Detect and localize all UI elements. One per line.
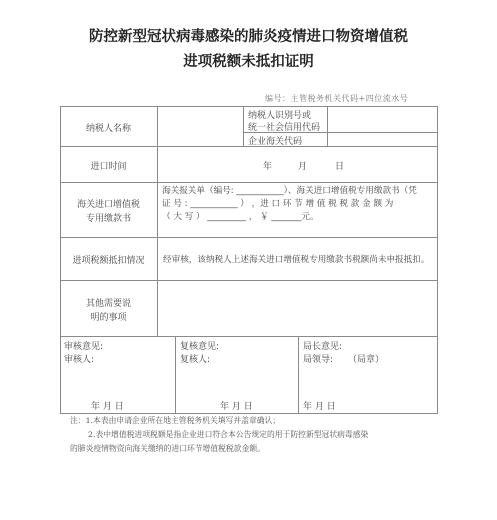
- import-time-label: 进口时间: [60, 159, 157, 172]
- reviewer-opinion-label: 审核意见:: [64, 339, 103, 352]
- reviewer-person-label: 审核人:: [64, 352, 94, 365]
- payment-detail-line1: 海关报关单（编号: ___________）、海关进口增值税专用缴款书（凭: [162, 184, 417, 196]
- row-divider-4: [60, 280, 438, 281]
- taxpayer-name-field[interactable]: [160, 121, 240, 133]
- table-top-border: [60, 106, 438, 107]
- note-line-1: 注：1.本表由申请企业所在地主管税务机关填写并盖章确认；: [70, 414, 280, 428]
- payment-detail-line2: 证 号 : ___________ ） ，进 口 环 节 增 值 税 税 款 金…: [162, 197, 393, 209]
- payment-detail-line3: （ 大 写 ） _________ ， ￥ _______元。: [162, 210, 319, 222]
- note-line-3: 的肺炎疫情物资向海关缴纳的进口环节增值税税款金额。: [70, 442, 265, 456]
- payment-label-line1: 海关进口增值税: [60, 197, 157, 210]
- reviewer-date: 年 月 日: [91, 399, 124, 412]
- other-notes-field[interactable]: [160, 284, 434, 332]
- row-divider-5: [60, 336, 438, 337]
- rechecker-date: 年 月 日: [220, 399, 253, 412]
- payment-label-line2: 专用缴款书: [60, 211, 157, 224]
- label-column-divider: [157, 106, 158, 336]
- deduction-status-value: 经审核，该纳税人上述海关进口增值税专用缴款书税额尚未申报抵扣。: [163, 253, 429, 265]
- other-notes-label-line1: 其他需要说: [60, 296, 157, 309]
- document-title-line1: 防控新型冠状病毒感染的肺炎疫情进口物资增值税: [0, 25, 497, 46]
- taxpayer-id-label-line2: 统一社会信用代码: [248, 120, 320, 133]
- taxpayer-id-field[interactable]: [330, 112, 434, 126]
- rechecker-person-label: 复核人:: [180, 352, 210, 365]
- rechecker-opinion-label: 复核意见:: [180, 339, 219, 352]
- approval-divider-2: [298, 336, 299, 413]
- director-person-label: 局领导:: [303, 352, 333, 365]
- import-month-unit: 月: [298, 159, 307, 172]
- taxpayer-name-label: 纳税人名称: [60, 121, 157, 134]
- director-date: 年 月 日: [303, 399, 336, 412]
- deduction-status-label: 进项税额抵扣情况: [60, 253, 157, 266]
- row-divider-2: [60, 182, 438, 183]
- table-right-border: [437, 106, 438, 414]
- customs-code-label: 企业海关代码: [248, 134, 302, 147]
- import-year-unit: 年: [263, 159, 272, 172]
- import-day-unit: 日: [335, 159, 344, 172]
- customs-code-field[interactable]: [330, 134, 434, 145]
- col-divider-b: [327, 106, 328, 146]
- col-divider-a: [243, 106, 244, 146]
- row-divider-3: [60, 237, 438, 238]
- bureau-seal-label: （局章）: [348, 352, 384, 365]
- note-line-2: 2.表中增值税进项税额是指企业进口符合本公告规定的用于防控新型冠状病毒感染: [88, 428, 368, 442]
- approval-divider-1: [175, 336, 176, 413]
- director-opinion-label: 局长意见:: [303, 339, 342, 352]
- document-title-line2: 进项税额未抵扣证明: [0, 50, 497, 71]
- other-notes-label-line2: 明的事项: [60, 310, 157, 323]
- serial-number-label: 编号：主管税务机关代码+四位流水号: [265, 93, 408, 104]
